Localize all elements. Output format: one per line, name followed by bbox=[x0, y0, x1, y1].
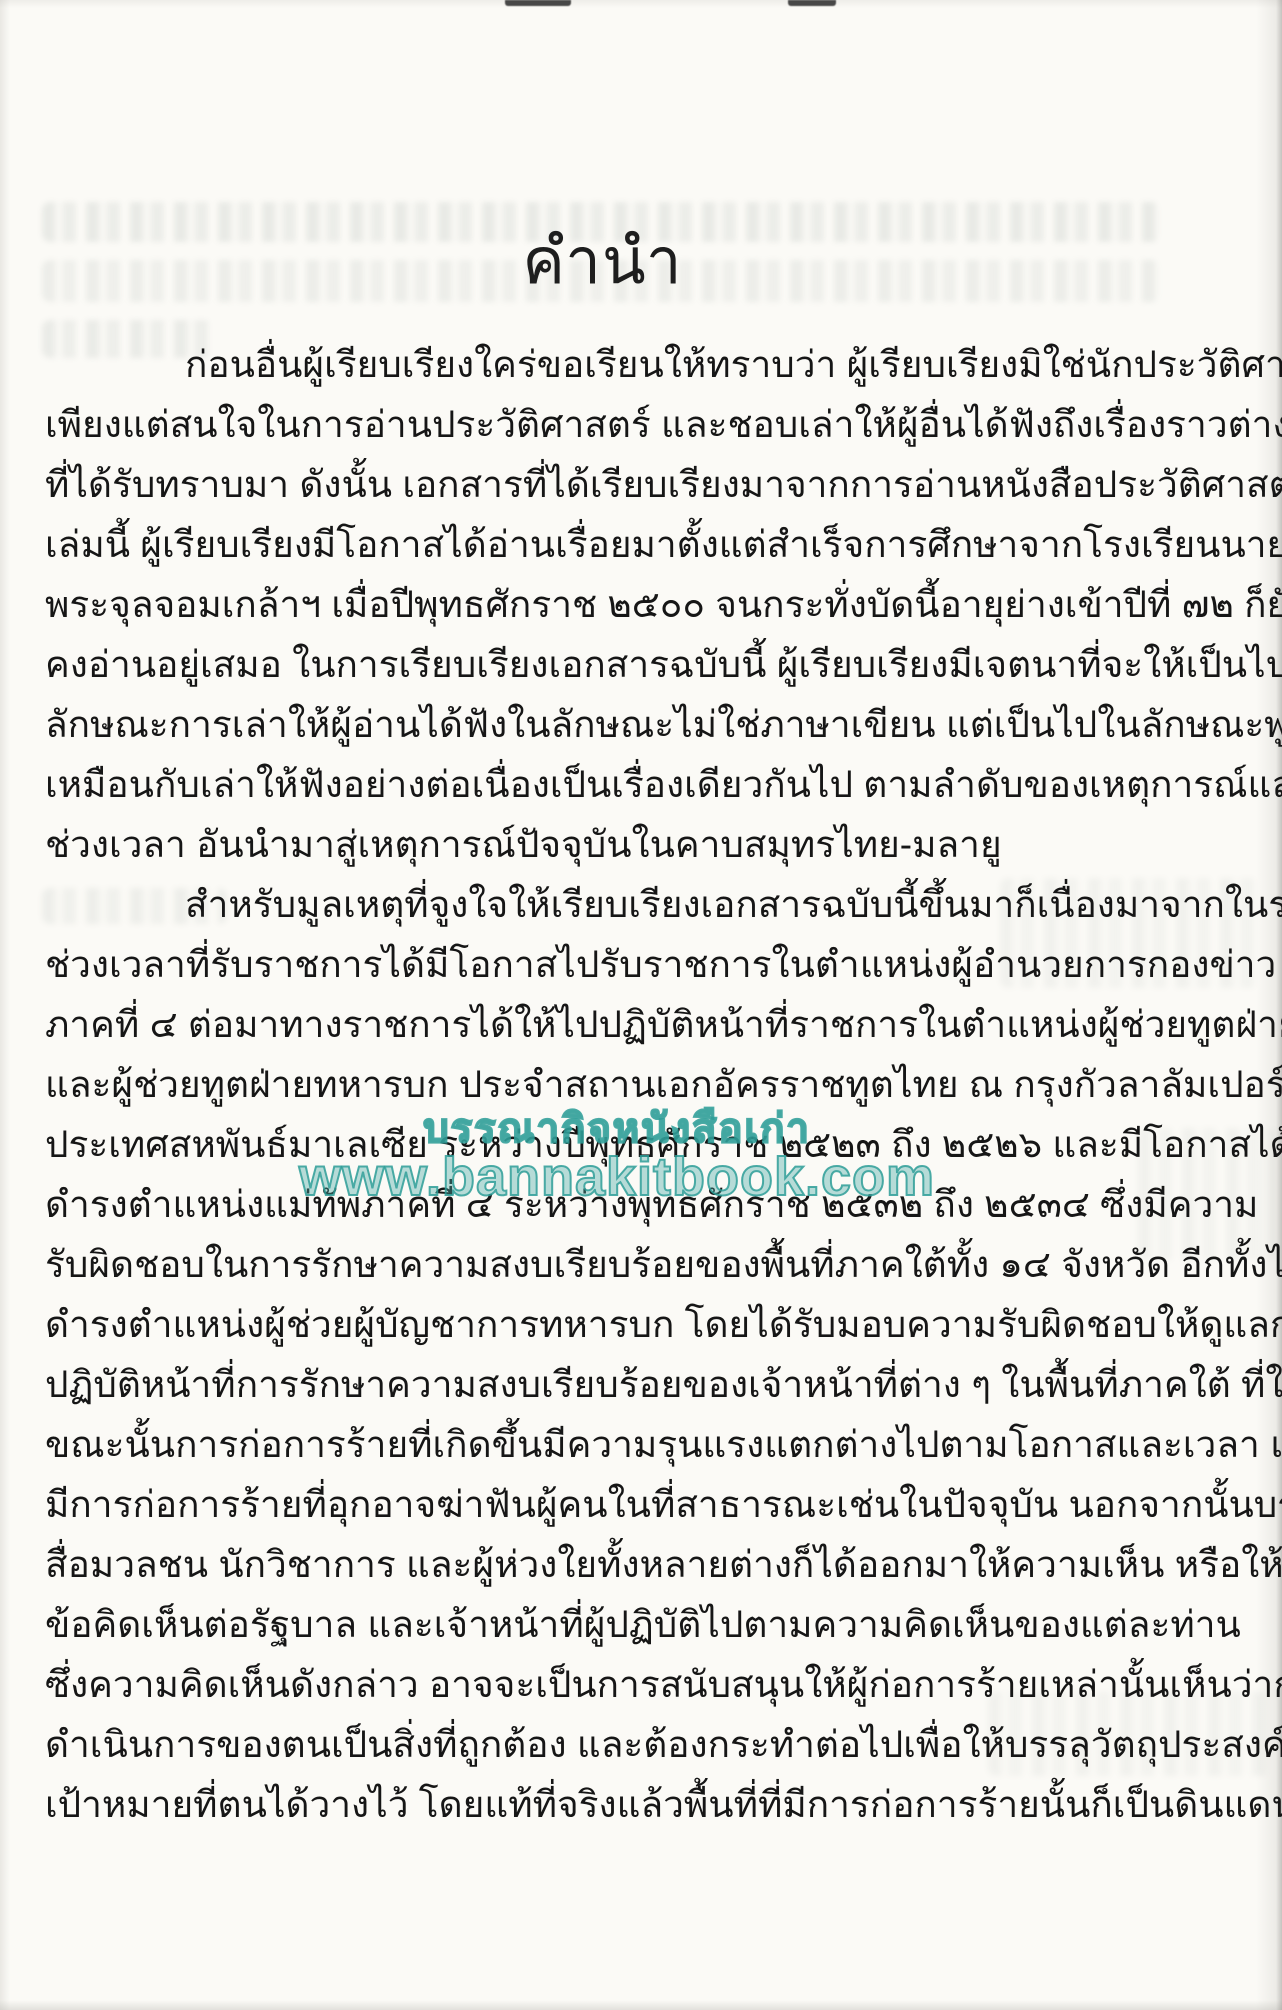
body-text-line: และผู้ช่วยทูตฝ่ายทหารบก ประจำสถานเอกอัคร… bbox=[45, 1055, 1160, 1115]
body-text-line: เป้าหมายที่ตนได้วางไว้ โดยแท้ที่จริงแล้ว… bbox=[45, 1775, 1160, 1835]
scanned-book-page: คำนำ ก่อนอื่นผู้เรียบเรียงใคร่ขอเรียนให้… bbox=[0, 0, 1282, 2010]
body-text-line: ข้อคิดเห็นต่อรัฐบาล และเจ้าหน้าที่ผู้ปฏิ… bbox=[45, 1595, 1160, 1655]
body-text-line: พระจุลจอมเกล้าฯ เมื่อปีพุทธศักราช ๒๕๐๐ จ… bbox=[45, 575, 1160, 635]
body-text-line: ซึ่งความคิดเห็นดังกล่าว อาจจะเป็นการสนับ… bbox=[45, 1655, 1160, 1715]
body-text-line: ปฏิบัติหน้าที่การรักษาความสงบเรียบร้อยขอ… bbox=[45, 1355, 1160, 1415]
body-text-line: ภาคที่ ๔ ต่อมาทางราชการได้ให้ไปปฏิบัติหน… bbox=[45, 995, 1160, 1055]
body-text-line: ลักษณะการเล่าให้ผู้อ่านได้ฟังในลักษณะไม่… bbox=[45, 695, 1160, 755]
body-text-line: ที่ได้รับทราบมา ดังนั้น เอกสารที่ได้เรีย… bbox=[45, 455, 1160, 515]
body-text-line: ดำเนินการของตนเป็นสิ่งที่ถูกต้อง และต้อง… bbox=[45, 1715, 1160, 1775]
body-text-line: ประเทศสหพันธ์มาเลเซีย ระหว่างปีพุทธศักรา… bbox=[45, 1115, 1160, 1175]
body-text-line: ช่วงเวลา อันนำมาสู่เหตุการณ์ปัจจุบันในคา… bbox=[45, 815, 1160, 875]
body-text-line: เพียงแต่สนใจในการอ่านประวัติศาสตร์ และชอ… bbox=[45, 395, 1160, 455]
body-text-line: ช่วงเวลาที่รับราชการได้มีโอกาสไปรับราชกา… bbox=[45, 935, 1160, 995]
body-text-line: ก่อนอื่นผู้เรียบเรียงใคร่ขอเรียนให้ทราบว… bbox=[45, 335, 1160, 395]
page-title: คำนำ bbox=[45, 210, 1160, 312]
body-text-line: ขณะนั้นการก่อการร้ายที่เกิดขึ้นมีความรุน… bbox=[45, 1415, 1160, 1475]
body-text-line: ดำรงตำแหน่งแม่ทัพภาคที่ ๔ ระหว่างพุทธศัก… bbox=[45, 1175, 1160, 1235]
body-text-line: ดำรงตำแหน่งผู้ช่วยผู้บัญชาการทหารบก โดยไ… bbox=[45, 1295, 1160, 1355]
body-text-line: เล่มนี้ ผู้เรียบเรียงมีโอกาสได้อ่านเรื่อ… bbox=[45, 515, 1160, 575]
body-text-line: รับผิดชอบในการรักษาความสงบเรียบร้อยของพื… bbox=[45, 1235, 1160, 1295]
body-text: ก่อนอื่นผู้เรียบเรียงใคร่ขอเรียนให้ทราบว… bbox=[45, 335, 1160, 1835]
body-text-line: เหมือนกับเล่าให้ฟังอย่างต่อเนื่องเป็นเรื… bbox=[45, 755, 1160, 815]
body-text-line: สื่อมวลชน นักวิชาการ และผู้ห่วงใยทั้งหลา… bbox=[45, 1535, 1160, 1595]
body-text-line: สำหรับมูลเหตุที่จูงใจให้เรียบเรียงเอกสาร… bbox=[45, 875, 1160, 935]
scan-artifact-mark bbox=[788, 0, 836, 6]
scan-artifact-mark bbox=[505, 0, 571, 6]
body-text-line: คงอ่านอยู่เสมอ ในการเรียบเรียงเอกสารฉบับ… bbox=[45, 635, 1160, 695]
body-text-line: มีการก่อการร้ายที่อุกอาจฆ่าฟันผู้คนในที่… bbox=[45, 1475, 1160, 1535]
